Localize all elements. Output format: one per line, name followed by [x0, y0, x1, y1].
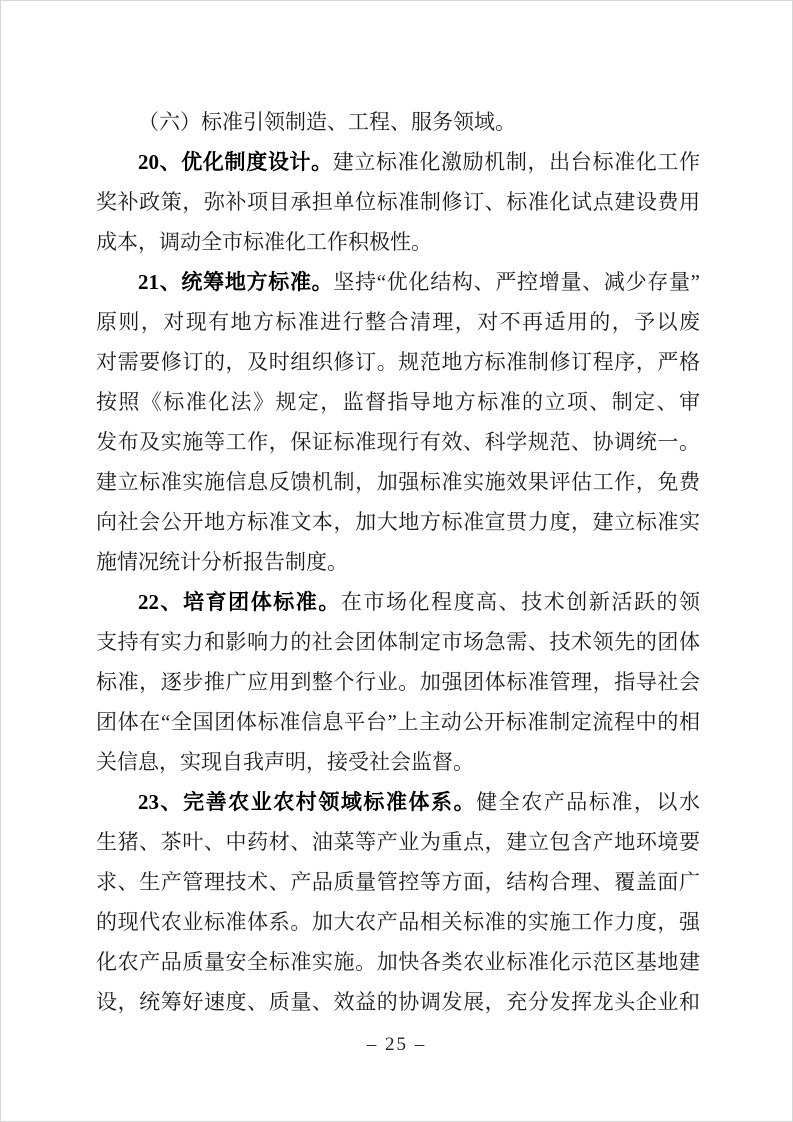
text-line: 23、完善农业农村领域标准体系。健全农产品标准，以水稻、	[96, 782, 700, 822]
text-line: 21、统筹地方标准。坚持“优化结构、严控增量、减少存量”	[96, 262, 700, 302]
text-line: 化农产品质量安全标准实施。加快各类农业标准化示范区基地建	[96, 942, 700, 982]
text-line: 发布及实施等工作，保证标准现行有效、科学规范、协调统一。	[96, 422, 700, 462]
text-run: 支持有实力和影响力的社会团体制定市场急需、技术领先的团体	[96, 630, 700, 654]
text-run: 原则，对现有地方标准进行整合清理，对不再适用的，予以废止；	[96, 310, 700, 342]
text-run: 的现代农业标准体系。加大农产品相关标准的实施工作力度，强	[96, 910, 700, 934]
text-run: 对需要修订的，及时组织修订。规范地方标准制修订程序，严格	[96, 350, 700, 374]
text-line: 生猪、茶叶、中药材、油菜等产业为重点，建立包含产地环境要	[96, 822, 700, 862]
heading-run: 23、完善农业农村领域标准体系。	[138, 790, 476, 814]
document-page: （六）标准引领制造、工程、服务领域。20、优化制度设计。建立标准化激励机制，出台…	[0, 0, 793, 1122]
text-run: 按照《标准化法》规定，监督指导地方标准的立项、制定、审查、	[96, 390, 700, 422]
text-line: 设，统筹好速度、质量、效益的协调发展，充分发挥龙头企业和	[96, 982, 700, 1022]
text-run: 施情况统计分析报告制度。	[96, 550, 348, 574]
text-run: 建立标准化激励机制，出台标准化工作	[333, 150, 700, 174]
text-line: 关信息，实现自我声明，接受社会监督。	[96, 742, 700, 782]
text-run: 设，统筹好速度、质量、效益的协调发展，充分发挥龙头企业和	[96, 990, 700, 1014]
document-body: （六）标准引领制造、工程、服务领域。20、优化制度设计。建立标准化激励机制，出台…	[96, 102, 700, 1022]
text-line: 施情况统计分析报告制度。	[96, 542, 700, 582]
text-line: 向社会公开地方标准文本，加大地方标准宣贯力度，建立标准实	[96, 502, 700, 542]
text-line: 20、优化制度设计。建立标准化激励机制，出台标准化工作	[96, 142, 700, 182]
text-line: 求、生产管理技术、产品质量管控等方面，结构合理、覆盖面广	[96, 862, 700, 902]
text-line: 建立标准实施信息反馈机制，加强标准实施效果评估工作，免费	[96, 462, 700, 502]
text-line: 原则，对现有地方标准进行整合清理，对不再适用的，予以废止；	[96, 302, 700, 342]
text-line: 成本，调动全市标准化工作积极性。	[96, 222, 700, 262]
text-run: 标准，逐步推广应用到整个行业。加强团体标准管理，指导社会	[96, 670, 700, 694]
text-line: 奖补政策，弥补项目承担单位标准制修订、标准化试点建设费用	[96, 182, 700, 222]
text-run: 奖补政策，弥补项目承担单位标准制修订、标准化试点建设费用	[96, 190, 700, 214]
text-line: 支持有实力和影响力的社会团体制定市场急需、技术领先的团体	[96, 622, 700, 662]
text-line: 的现代农业标准体系。加大农产品相关标准的实施工作力度，强	[96, 902, 700, 942]
text-run: 化农产品质量安全标准实施。加快各类农业标准化示范区基地建	[96, 950, 700, 974]
text-run: 团体在“全国团体标准信息平台”上主动公开标准制定流程中的相	[96, 710, 700, 734]
heading-run: 20、优化制度设计。	[138, 150, 333, 174]
text-run: 生猪、茶叶、中药材、油菜等产业为重点，建立包含产地环境要	[96, 830, 700, 854]
text-run: 坚持“优化结构、严控增量、减少存量”	[333, 270, 700, 294]
text-run: 求、生产管理技术、产品质量管控等方面，结构合理、覆盖面广	[96, 870, 700, 894]
text-line: 标准，逐步推广应用到整个行业。加强团体标准管理，指导社会	[96, 662, 700, 702]
page-number: – 25 –	[0, 1030, 793, 1060]
text-run: （六）标准引领制造、工程、服务领域。	[138, 110, 516, 134]
text-line: 按照《标准化法》规定，监督指导地方标准的立项、制定、审查、	[96, 382, 700, 422]
text-run: 成本，调动全市标准化工作积极性。	[96, 230, 432, 254]
text-run: 关信息，实现自我声明，接受社会监督。	[96, 750, 474, 774]
text-run: 建立标准实施信息反馈机制，加强标准实施效果评估工作，免费	[96, 470, 700, 494]
heading-run: 21、统筹地方标准。	[138, 270, 333, 294]
text-line: （六）标准引领制造、工程、服务领域。	[96, 102, 700, 142]
text-line: 22、培育团体标准。在市场化程度高、技术创新活跃的领域，	[96, 582, 700, 622]
text-run: 发布及实施等工作，保证标准现行有效、科学规范、协调统一。	[96, 430, 700, 454]
text-run: 向社会公开地方标准文本，加大地方标准宣贯力度，建立标准实	[96, 510, 700, 534]
text-line: 对需要修订的，及时组织修订。规范地方标准制修订程序，严格	[96, 342, 700, 382]
text-line: 团体在“全国团体标准信息平台”上主动公开标准制定流程中的相	[96, 702, 700, 742]
heading-run: 22、培育团体标准。	[138, 590, 341, 614]
